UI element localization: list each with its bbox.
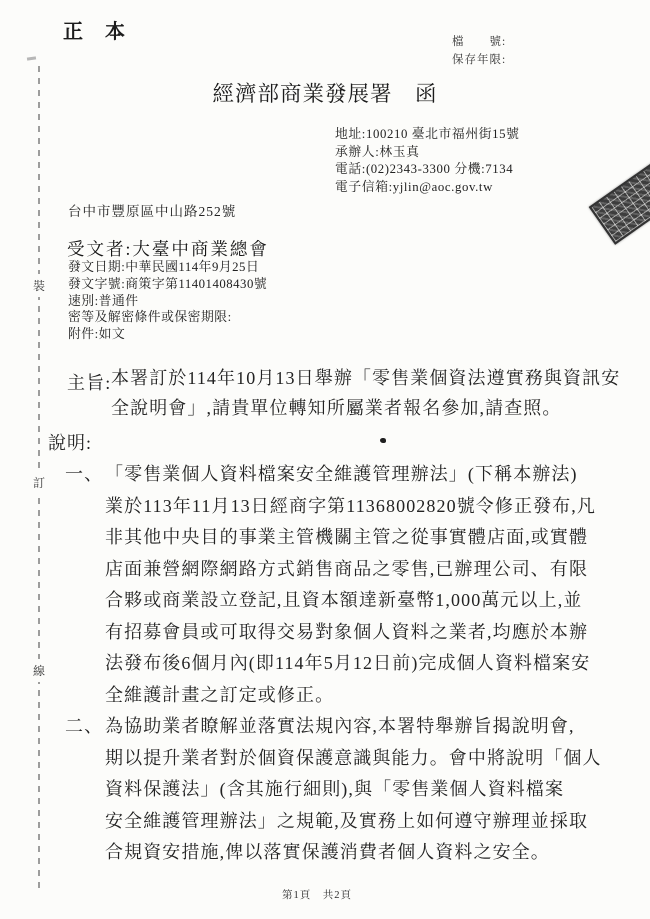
item-2-text-line: 安全維護管理辦法」之規範,及實務上如何遵守辦理並採取 [105,806,613,838]
retention-period-label: 保存年限: [452,51,506,69]
copy-type-label: 正 本 [63,15,126,44]
agency-contact-info: 地址:100210 臺北市福州街15號承辦人:林玉真電話:(02)2343-33… [335,126,520,196]
item-1-text: 「零售業個人資料檔案安全維護管理辦法」(下稱本辦法)業於113年11月13日經商… [105,459,613,711]
document-meta-line: 附件:如文 [68,326,267,343]
subject-text-line: 本署訂於114年10月13日舉辦「零售業個資法遵實務與資訊安 [111,363,612,393]
official-seal-stamp-icon [589,131,650,244]
item-1-text-line: 合夥或商業設立登記,且資本額達新臺幣1,000萬元以上,並 [105,585,613,617]
item-1-text-line: 全維護計畫之訂定或修正。 [105,680,613,712]
item-2-number: 二、 [65,711,103,743]
recipient-line: 受文者:大臺中商業總會 [67,236,269,261]
document-meta-line: 發文字號:商策字第11401408430號 [68,276,267,293]
item-1-text-line: 業於113年11月13日經商字第11368002820號令修正發布,凡 [105,491,613,523]
item-1-text-line: 法發布後6個月內(即114年5月12日前)完成個人資料檔案安 [105,648,613,680]
item-1-text-line: 店面兼營網際網路方式銷售商品之零售,已辦理公司、有限 [105,554,613,586]
item-2-text-line: 合規資安措施,俾以落實保護消費者個人資料之安全。 [105,837,613,869]
item-1-text-line: 「零售業個人資料檔案安全維護管理辦法」(下稱本辦法) [105,459,613,491]
document-meta-block: 發文日期:中華民國114年9月25日發文字號:商策字第11401408430號速… [68,259,267,343]
binding-mark-xian: 線 [31,659,47,682]
binding-mark-zhuang: 裝 [31,274,47,297]
document-meta-line: 發文日期:中華民國114年9月25日 [68,259,267,276]
item-1-number: 一、 [65,459,103,491]
agency-contact-line: 電子信箱:yjlin@aoc.gov.tw [335,179,520,197]
item-2-text-line: 期以提升業者對於個資保護意識與能力。會中將說明「個人 [105,743,613,775]
item-2-text: 為協助業者瞭解並落實法規內容,本署特舉辦旨揭說明會,期以提升業者對於個資保護意識… [105,711,613,869]
agency-contact-line: 電話:(02)2343-3300 分機:7134 [335,161,520,179]
document-meta-line: 密等及解密條件或保密期限: [68,309,267,326]
file-number-label: 檔 號: [452,33,506,51]
subject-section: 主旨: 本署訂於114年10月13日舉辦「零售業個資法遵實務與資訊安全說明會」,… [67,363,612,423]
description-label: 說明: [48,429,92,455]
item-2-text-line: 資料保護法」(含其施行細則),與「零售業個人資料檔案 [105,774,613,806]
document-meta-line: 速別:普通件 [68,293,267,310]
description-item-1: 一、 「零售業個人資料檔案安全維護管理辦法」(下稱本辦法)業於113年11月13… [65,459,613,711]
page-number-footer: 第1頁 共2頁 [0,887,634,902]
recipient-address: 台中市豐原區中山路252號 [68,200,236,220]
document-title: 經濟部商業發展署 函 [0,77,650,108]
binding-mark-ding: 訂 [31,471,47,494]
scan-artifact-speck [27,56,36,60]
item-2-text-line: 為協助業者瞭解並落實法規內容,本署特舉辦旨揭說明會, [105,711,613,743]
agency-contact-line: 承辦人:林玉真 [335,144,520,162]
scanned-letter-page: 裝 訂 線 正 本 檔 號: 保存年限: 經濟部商業發展署 函 地址:10021… [0,0,650,919]
file-number-block: 檔 號: 保存年限: [452,33,506,69]
item-1-text-line: 有招募會員或可取得交易對象個人資料之業者,均應於本辦 [105,617,613,649]
scan-artifact-dot [380,438,386,443]
description-item-2: 二、 為協助業者瞭解並落實法規內容,本署特舉辦旨揭說明會,期以提升業者對於個資保… [65,711,613,869]
agency-contact-line: 地址:100210 臺北市福州街15號 [335,126,520,144]
subject-label: 主旨: [67,369,111,395]
item-1-text-line: 非其他中央目的事業主管機關主管之從事實體店面,或實體 [105,522,613,554]
subject-text: 本署訂於114年10月13日舉辦「零售業個資法遵實務與資訊安全說明會」,請貴單位… [111,363,612,423]
subject-text-line: 全說明會」,請貴單位轉知所屬業者報名參加,請查照。 [111,393,612,423]
